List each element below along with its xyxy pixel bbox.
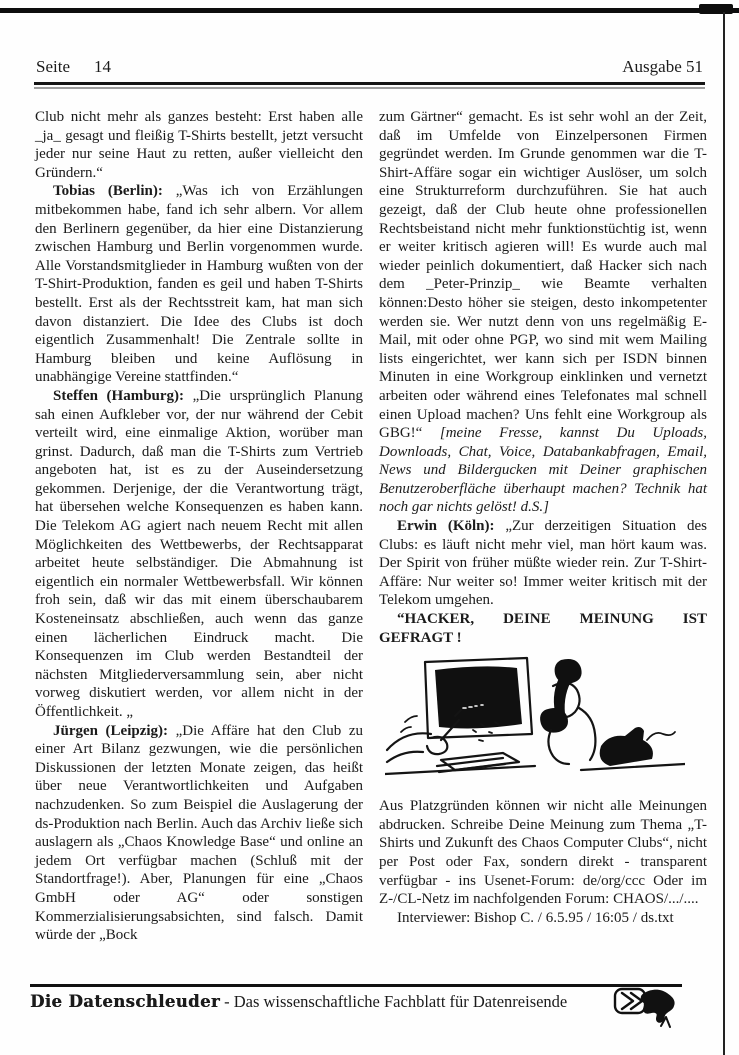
header-left: Seite14 (36, 57, 111, 77)
paragraph: zum Gärtner“ gemacht. Es ist sehr wohl a… (379, 108, 707, 517)
footer-text: Die Datenschleuder - Das wissenschaftlic… (30, 992, 709, 1012)
datenschleuder-slingshot-hand-icon (613, 985, 691, 1042)
top-border-line (0, 8, 739, 13)
text-run: Steffen (Hamburg): (53, 388, 193, 404)
page-number: 14 (94, 57, 111, 76)
text-run: Club nicht mehr als ganzes besteht: Erst… (35, 109, 363, 181)
paragraph: Erwin (Köln): „Zur derzeitigen Situation… (379, 517, 707, 610)
paragraph: Tobias (Berlin): „Was ich von Erzählunge… (35, 182, 363, 387)
right-column-top: zum Gärtner“ gemacht. Es ist sehr wohl a… (379, 108, 707, 647)
right-column-bottom: Aus Platzgründen können wir nicht alle M… (379, 797, 707, 927)
text-run: Jürgen (Leipzig): (53, 723, 176, 739)
article-body: Club nicht mehr als ganzes besteht: Erst… (35, 108, 707, 945)
footer-rule (30, 984, 682, 987)
text-run: Interviewer: Bishop C. / 6.5.95 / 16:05 … (397, 910, 674, 926)
text-run: Erwin (Köln): (397, 518, 505, 534)
footer-magazine-title: Die Datenschleuder (30, 992, 220, 1011)
text-run: „Die ursprünglich Planung sah einen Aufk… (35, 388, 363, 720)
magazine-page: Seite14 Ausgabe 51 Club nicht mehr als g… (0, 0, 739, 1055)
issue-label: Ausgabe 51 (622, 57, 703, 77)
text-run: zum Gärtner“ gemacht. Es ist sehr wohl a… (379, 109, 707, 441)
page-footer: Die Datenschleuder - Das wissenschaftlic… (30, 984, 709, 1012)
paragraph: Club nicht mehr als ganzes besteht: Erst… (35, 108, 363, 182)
text-run: Tobias (Berlin): (53, 183, 176, 199)
text-run: „Die Affäre hat den Club zu einer Art Bi… (35, 723, 363, 944)
paragraph: Interviewer: Bishop C. / 6.5.95 / 16:05 … (379, 909, 707, 928)
footer-tagline: - Das wissenschaftliche Fachblatt für Da… (220, 992, 567, 1011)
text-run: „Was ich von Erzählungen mitbekommen hab… (35, 183, 363, 385)
hacker-phone-cartoon-illustration (385, 652, 685, 790)
right-border-line (723, 12, 725, 1055)
right-column: zum Gärtner“ gemacht. Es ist sehr wohl a… (379, 108, 707, 945)
header-rule (34, 82, 705, 85)
seite-label: Seite (36, 57, 70, 76)
page-header: Seite14 Ausgabe 51 (36, 57, 703, 77)
paragraph: Steffen (Hamburg): „Die ursprünglich Pla… (35, 387, 363, 722)
text-run: Aus Platzgründen können wir nicht alle M… (379, 798, 707, 907)
paragraph: “HACKER, DEINE MEINUNG IST GEFRAGT ! (379, 610, 707, 647)
text-run: “HACKER, DEINE MEINUNG IST GEFRAGT ! (379, 611, 707, 646)
paragraph: Jürgen (Leipzig): „Die Affäre hat den Cl… (35, 722, 363, 945)
left-column: Club nicht mehr als ganzes besteht: Erst… (35, 108, 363, 945)
scan-corner-mark (699, 4, 733, 14)
paragraph: Aus Platzgründen können wir nicht alle M… (379, 797, 707, 909)
